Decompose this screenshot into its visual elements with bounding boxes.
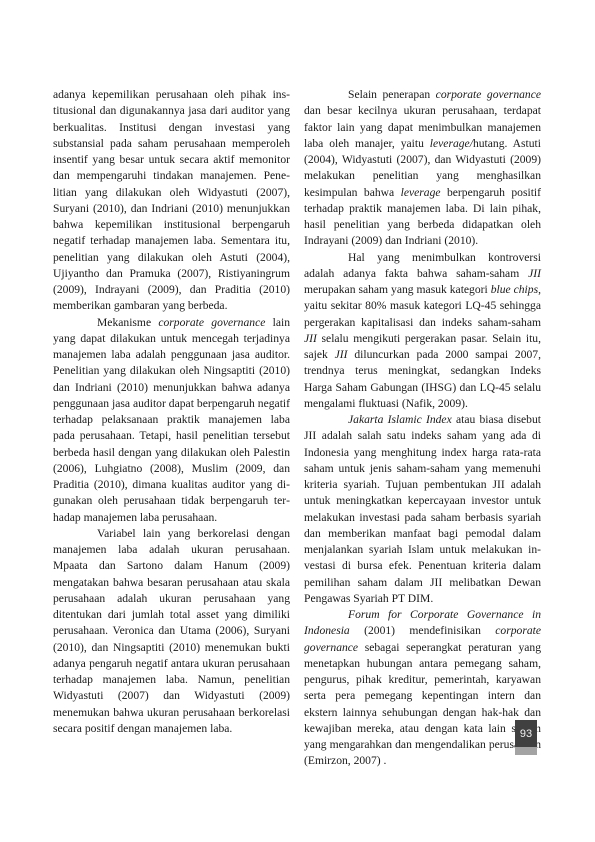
paragraph: Forum for Corporate Governance in Indone… <box>304 607 541 770</box>
italic-term: corporate governance <box>158 316 265 329</box>
text-run: adanya kepemilikan perusahaan oleh pihak… <box>53 88 290 312</box>
italic-term: leverage/ <box>430 137 473 150</box>
paragraph: Jakarta Islamic Index atau biasa disebut… <box>304 412 541 607</box>
text-run: merupakan saham yang masuk kategori <box>304 283 491 296</box>
left-text-column: adanya kepemilikan perusahaan oleh pihak… <box>53 87 290 737</box>
text-run: Mekanisme <box>97 316 158 329</box>
italic-term: Jakarta Islamic Index <box>348 413 452 426</box>
paragraph: Variabel lain yang berkorelasi dengan ma… <box>53 526 290 737</box>
paragraph: Hal yang menimbulkan kontroversi adalah … <box>304 250 541 413</box>
text-run: sebagai seperangkat peraturan yang menet… <box>304 641 541 768</box>
text-run: atau biasa disebut JII adalah salah satu… <box>304 413 541 605</box>
italic-term: corporate governance <box>436 88 541 101</box>
paragraph: adanya kepemilikan perusahaan oleh pihak… <box>53 87 290 315</box>
page-number: 93 <box>515 720 537 747</box>
italic-term: JII <box>528 267 541 280</box>
paragraph: Mekanisme corporate governance lain yang… <box>53 315 290 526</box>
text-run: Variabel lain yang berkorelasi dengan ma… <box>53 527 290 735</box>
document-page: adanya kepemilikan perusahaan oleh pihak… <box>0 0 595 842</box>
paragraph: Selain penerapan corporate governance da… <box>304 87 541 250</box>
text-run: (2001) mendefinisikan <box>350 624 496 637</box>
text-run: Hal yang menimbulkan kontroversi adalah … <box>304 251 541 280</box>
italic-term: leverage <box>401 186 441 199</box>
italic-term: JII <box>335 348 348 361</box>
text-run: lain yang dapat dilakukan untuk mencegah… <box>53 316 290 524</box>
italic-term: blue chips <box>491 283 538 296</box>
page-number-badge: 93 <box>515 720 537 755</box>
right-text-column: Selain penerapan corporate governance da… <box>304 87 541 770</box>
text-run: Selain penerapan <box>348 88 436 101</box>
page-number-accent-strip <box>515 747 537 755</box>
italic-term: JII <box>304 332 317 345</box>
